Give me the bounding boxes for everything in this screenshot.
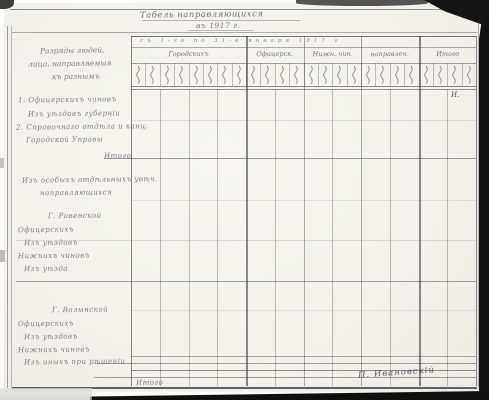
binding-strip-right	[479, 16, 489, 400]
row-label: Нижнихъ чиновъ	[18, 252, 90, 261]
year-underline-stroke	[188, 30, 254, 31]
column-group-label: Офицерск.	[246, 50, 304, 59]
bottom-left-paper-edge	[0, 388, 92, 400]
subcolumn-label-stroke	[160, 64, 174, 86]
page-edge-line	[478, 9, 479, 387]
column-line	[447, 89, 448, 386]
subcolumn-label-stroke	[275, 64, 289, 86]
table-date-row: съ 1-го по 31-е января 1917 г.	[140, 38, 470, 44]
column-line	[390, 89, 391, 386]
column-line	[419, 89, 421, 386]
subcolumn-label-stroke	[361, 64, 375, 86]
column-group-label: Итого	[418, 50, 476, 59]
row-label: Офицерскихъ	[18, 320, 74, 329]
page-edge-line	[7, 26, 8, 388]
row-label: Городской Управы	[26, 136, 103, 145]
table-right-edge	[476, 36, 477, 386]
subcolumn-label-stroke	[318, 64, 332, 86]
row-label: Офицерскихъ	[18, 226, 74, 235]
subcolumn-label-stroke	[289, 64, 303, 86]
column-line	[189, 89, 190, 386]
margin-mark: И.	[451, 91, 459, 99]
page-title: Табель направляющихся	[140, 9, 264, 20]
edge-smudge-left-2	[0, 250, 5, 262]
column-line	[246, 89, 248, 386]
column-line	[304, 89, 305, 386]
subcolumn-label-stroke	[232, 64, 246, 86]
subcolumn-label-stroke	[332, 64, 346, 86]
column-line	[332, 89, 333, 386]
row-label: Г. Волынской	[52, 306, 108, 315]
top-edge-streak	[296, 0, 428, 6]
subcolumn-label-stroke	[390, 64, 404, 86]
page-edge-line	[11, 26, 12, 388]
row-header-line3: къ разнымъ	[52, 72, 100, 82]
row-label: 1. Офицерскихъ чиновъ	[18, 95, 117, 104]
edge-smudge-left-1	[0, 158, 4, 168]
row-label: 2. Справочнаго отдѣла и канц.	[16, 122, 149, 131]
subcolumn-label-stroke	[433, 64, 447, 86]
subcolumn-label-stroke	[217, 64, 231, 86]
subcolumn-label-stroke	[189, 64, 203, 86]
row-header-line2: лица, направляемыя	[28, 58, 112, 68]
title-underline-stroke	[142, 20, 300, 21]
subcolumn-label-stroke	[404, 64, 418, 86]
column-line	[361, 89, 362, 386]
table-left-edge	[131, 36, 132, 386]
table-rule	[10, 9, 478, 10]
row-header-line1: Разряды людей,	[40, 45, 105, 55]
subcolumn-label-stroke	[131, 64, 145, 86]
subcolumn-label-stroke	[145, 64, 159, 86]
subcolumn-label-stroke	[375, 64, 389, 86]
subcolumn-label-stroke	[447, 64, 461, 86]
row-label: Г. Ровенской	[48, 212, 102, 221]
row-label: Изъ особыхъ отдѣльныхъ увѣч.	[22, 175, 158, 184]
subcolumn-label-stroke	[246, 64, 260, 86]
row-label: направляющихся	[40, 189, 112, 198]
subcolumn-label-stroke	[347, 64, 361, 86]
subcolumn-label-stroke	[304, 64, 318, 86]
subcolumn-label-stroke	[260, 64, 274, 86]
table-rule	[12, 32, 477, 33]
subcolumn-label-stroke	[462, 64, 476, 86]
row-label: Изъ уѣздовъ губерніи	[28, 110, 120, 119]
column-line	[275, 89, 276, 386]
subcolumn-label-stroke	[203, 64, 217, 86]
row-label: Изъ уѣздовъ	[24, 333, 78, 342]
scanned-ledger-page: Табель направляющихся въ 1917 г. 90. И. …	[0, 0, 489, 400]
column-line	[217, 89, 218, 386]
row-label: Изъ иныхъ при рѣшеніи	[24, 357, 126, 366]
column-group-label: направлен.	[361, 50, 419, 59]
column-group-label: Городскихъ	[131, 49, 246, 59]
page-title-year: въ 1917 г.	[196, 21, 240, 30]
subcolumn-label-stroke	[419, 64, 433, 86]
column-line	[160, 89, 161, 386]
row-label: Нижнихъ чиновъ	[18, 346, 90, 355]
row-label: Изъ уѣзда	[24, 265, 68, 273]
subcolumn-label-stroke	[174, 64, 188, 86]
column-group-label: Нижн. чин.	[303, 50, 361, 59]
